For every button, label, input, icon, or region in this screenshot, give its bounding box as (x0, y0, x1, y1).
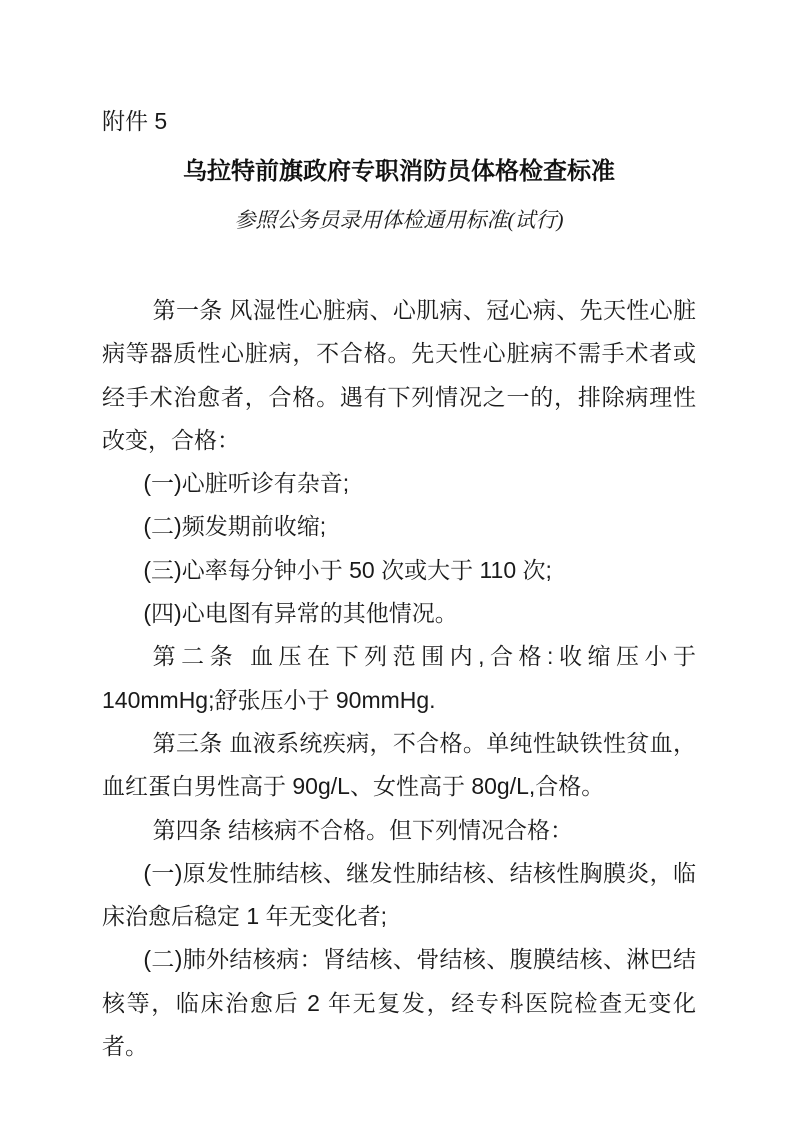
document-body: 第一条 风湿性心脏病、心肌病、冠心病、先天性心脏病等器质性心脏病，不合格。先天性… (102, 289, 696, 1068)
document-title: 乌拉特前旗政府专职消防员体格检查标准 (102, 158, 696, 186)
document-subtitle: 参照公务员录用体检通用标准(试行) (102, 207, 696, 233)
paragraph: 第三条 血液系统疾病，不合格。单纯性缺铁性贫血，血红蛋白男性高于 90g/L、女… (102, 722, 696, 809)
paragraph: (四)心电图有异常的其他情况。 (102, 592, 696, 635)
paragraph: (三)心率每分钟小于 50 次或大于 110 次; (102, 549, 696, 592)
paragraph: 第一条 风湿性心脏病、心肌病、冠心病、先天性心脏病等器质性心脏病，不合格。先天性… (102, 289, 696, 462)
paragraph: (二)频发期前收缩; (102, 505, 696, 548)
paragraph: (一)心脏听诊有杂音; (102, 462, 696, 505)
paragraph: (二)肺外结核病：肾结核、骨结核、腹膜结核、淋巴结核等，临床治愈后 2 年无复发… (102, 938, 696, 1068)
document-page: 附件 5 乌拉特前旗政府专职消防员体格检查标准 参照公务员录用体检通用标准(试行… (0, 0, 800, 1131)
paragraph: 第四条 结核病不合格。但下列情况合格： (102, 809, 696, 852)
paragraph: (一)原发性肺结核、继发性肺结核、结核性胸膜炎，临床治愈后稳定 1 年无变化者; (102, 852, 696, 939)
attachment-label: 附件 5 (102, 108, 696, 134)
paragraph: 第二条 血压在下列范围内,合格:收缩压小于 140mmHg;舒张压小于 90mm… (102, 635, 696, 722)
